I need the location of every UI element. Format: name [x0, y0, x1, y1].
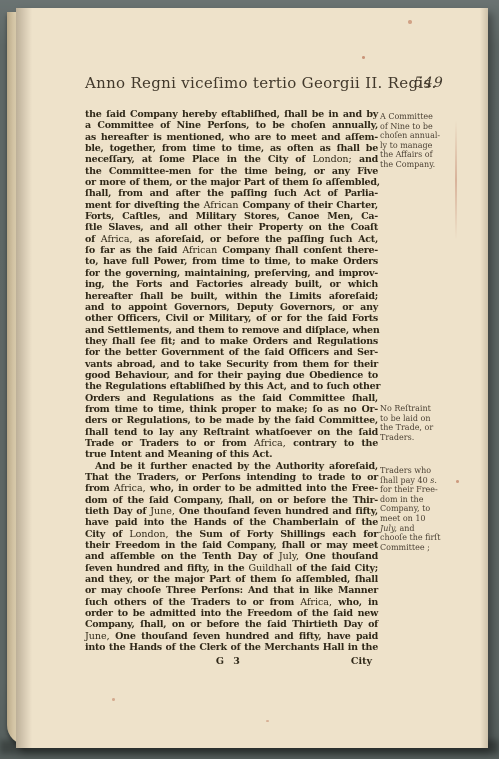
text-line: Orders and Regulations as the ſaid Commi…: [85, 393, 378, 404]
text-line: from Africa, who, in order to be admitte…: [85, 483, 378, 494]
text-line: ing, the Forts and Factories already bui…: [85, 279, 378, 290]
text-line: ſhall tend to lay any Reſtraint whatſoev…: [85, 427, 378, 438]
document-page: Anno Regni viceſimo tertio Georgii II. R…: [16, 8, 488, 748]
text-line: their Freedom in the ſaid Company, ſhall…: [85, 540, 378, 551]
text-line: the ſaid Company hereby eſtabliſhed, ſha…: [85, 109, 378, 120]
text-line: for the governing, maintaining, preſervi…: [85, 268, 378, 279]
text-line: ſuch others of the Traders to or from Af…: [85, 597, 378, 608]
roman-type-segment: Africa,: [114, 483, 146, 494]
foxing-speck: [362, 56, 365, 59]
text-line: ſo far as the ſaid African Company ſhall…: [85, 245, 378, 256]
act-body-text: the ſaid Company hereby eſtabliſhed, ſha…: [85, 109, 378, 654]
margin-note-line: July, and: [380, 524, 482, 534]
text-line: And be it further enacted by the Authori…: [85, 461, 378, 472]
text-line: and they, or the major Part of them ſo a…: [85, 574, 378, 585]
photo-backdrop: Anno Regni viceſimo tertio Georgii II. R…: [0, 0, 499, 759]
roman-type-segment: Africa,: [254, 438, 286, 449]
roman-type-segment: African: [182, 245, 217, 256]
text-line: true Intent and Meaning of this Act.: [85, 449, 378, 460]
margin-note-line: Committee ;: [380, 543, 482, 553]
text-line: dom of the ſaid Company, ſhall, on or be…: [85, 495, 378, 506]
text-line: from time to time, think proper to make;…: [85, 404, 378, 415]
text-line: ſeven hundred and fifty, in the Guildhal…: [85, 563, 378, 574]
binding-gutter-shadow: [16, 8, 32, 748]
margin-note: No Reſtraintto be laid onthe Trade, orTr…: [380, 404, 482, 442]
margin-note-line: No Reſtraint: [380, 404, 482, 414]
text-line: and Settlements, and them to remove and …: [85, 325, 378, 336]
foxing-speck: [112, 698, 115, 701]
text-line: the Regulations eſtabliſhed by this Act,…: [85, 381, 378, 392]
margin-note-line: ſhall pay 40 s.: [380, 476, 482, 486]
foxing-speck: [266, 720, 269, 722]
text-line: ſhall, from and after the paſſing ſuch A…: [85, 188, 378, 199]
margin-note-line: ly to manage: [380, 141, 482, 151]
text-line: Company, ſhall, on or before the ſaid Th…: [85, 619, 378, 630]
text-line: hereafter ſhall be built, within the Lim…: [85, 291, 378, 302]
running-head: Anno Regni viceſimo tertio Georgii II. R…: [85, 74, 378, 92]
text-line: ble, together, from time to time, as oft…: [85, 143, 378, 154]
text-line: City of London, the Sum of Forty Shillin…: [85, 529, 378, 540]
margin-note-line: A Committee: [380, 112, 482, 122]
margin-note-line: meet on 10: [380, 514, 482, 524]
roman-type-segment: Guildhall: [248, 563, 292, 574]
margin-note: Traders whoſhall pay 40 s.for their Free…: [380, 466, 482, 552]
text-line: or more of them, or the major Part of th…: [85, 177, 378, 188]
text-line: That the Traders, or Perſons intending t…: [85, 472, 378, 483]
page-number: 549: [414, 75, 444, 91]
roman-type-segment: July,: [380, 524, 397, 533]
roman-type-segment: Africa,: [300, 597, 332, 608]
margin-note-line: the Trade, or: [380, 423, 482, 433]
text-line: into the Hands of the Clerk of the Merch…: [85, 642, 378, 653]
roman-type-segment: July,: [279, 551, 299, 562]
margin-note-line: choſen annual-: [380, 131, 482, 141]
text-line: as hereafter is mentioned, who are to me…: [85, 132, 378, 143]
margin-note-line: chooſe the firſt: [380, 533, 482, 543]
margin-note-line: dom in the: [380, 495, 482, 505]
margin-note-line: Company, to: [380, 504, 482, 514]
margin-note-line: for their Free-: [380, 485, 482, 495]
margin-note-line: of Nine to be: [380, 122, 482, 132]
roman-type-segment: June,: [150, 506, 175, 517]
margin-note-line: the Affairs of: [380, 150, 482, 160]
margin-note-line: to be laid on: [380, 414, 482, 424]
text-line: to, have full Power, from time to time, …: [85, 256, 378, 267]
text-line: tieth Day of June, One thouſand ſeven hu…: [85, 506, 378, 517]
page-footer: G 3 City: [85, 656, 378, 668]
text-line: Forts, Caſtles, and Military Stores, Can…: [85, 211, 378, 222]
text-line: they ſhall ſee fit; and to make Orders a…: [85, 336, 378, 347]
margin-note-line: the Company.: [380, 160, 482, 170]
text-line: order to be admitted into the Freedom of…: [85, 608, 378, 619]
text-line: Trade or Traders to or from Africa, cont…: [85, 438, 378, 449]
text-line: or may chooſe Three Perſons: And that in…: [85, 585, 378, 596]
text-line: have paid into the Hands of the Chamberl…: [85, 517, 378, 528]
roman-type-segment: s.: [430, 476, 437, 485]
text-line: June, One thouſand ſeven hundred and fif…: [85, 631, 378, 642]
text-line: ders or Regulations, to be made by the ſ…: [85, 415, 378, 426]
catchword: City: [351, 656, 372, 667]
roman-type-segment: Africa,: [101, 234, 133, 245]
text-line: ſtle Slaves, and all other their Propert…: [85, 222, 378, 233]
text-line: and aſſemble on the Tenth Day of July, O…: [85, 551, 378, 562]
text-line: vants abroad, and to take Security from …: [85, 359, 378, 370]
roman-type-segment: June,: [85, 631, 110, 642]
text-line: ment for diveſting the African Company o…: [85, 200, 378, 211]
margin-note: A Committeeof Nine to bechoſen annual-ly…: [380, 112, 482, 170]
text-line: a Committee of Nine Perſons, to be choſe…: [85, 120, 378, 131]
roman-type-segment: London,: [129, 529, 168, 540]
text-line: neceſſary, at ſome Place in the City of …: [85, 154, 378, 165]
margin-note-line: Traders who: [380, 466, 482, 476]
signature-mark: G 3: [216, 656, 243, 667]
text-line: for the better Government of the ſaid Of…: [85, 347, 378, 358]
text-line: other Officers, Civil or Military, of or…: [85, 313, 378, 324]
roman-type-segment: London;: [312, 154, 351, 165]
margin-note-line: Traders.: [380, 433, 482, 443]
text-line: of Africa, as aforeſaid, or before the p…: [85, 234, 378, 245]
text-line: and to appoint Governors, Deputy Governo…: [85, 302, 378, 313]
text-line: good Behaviour, and for their paying due…: [85, 370, 378, 381]
text-line: the Committee-men for the time being, or…: [85, 166, 378, 177]
foxing-speck: [408, 20, 412, 24]
roman-type-segment: African: [204, 200, 239, 211]
